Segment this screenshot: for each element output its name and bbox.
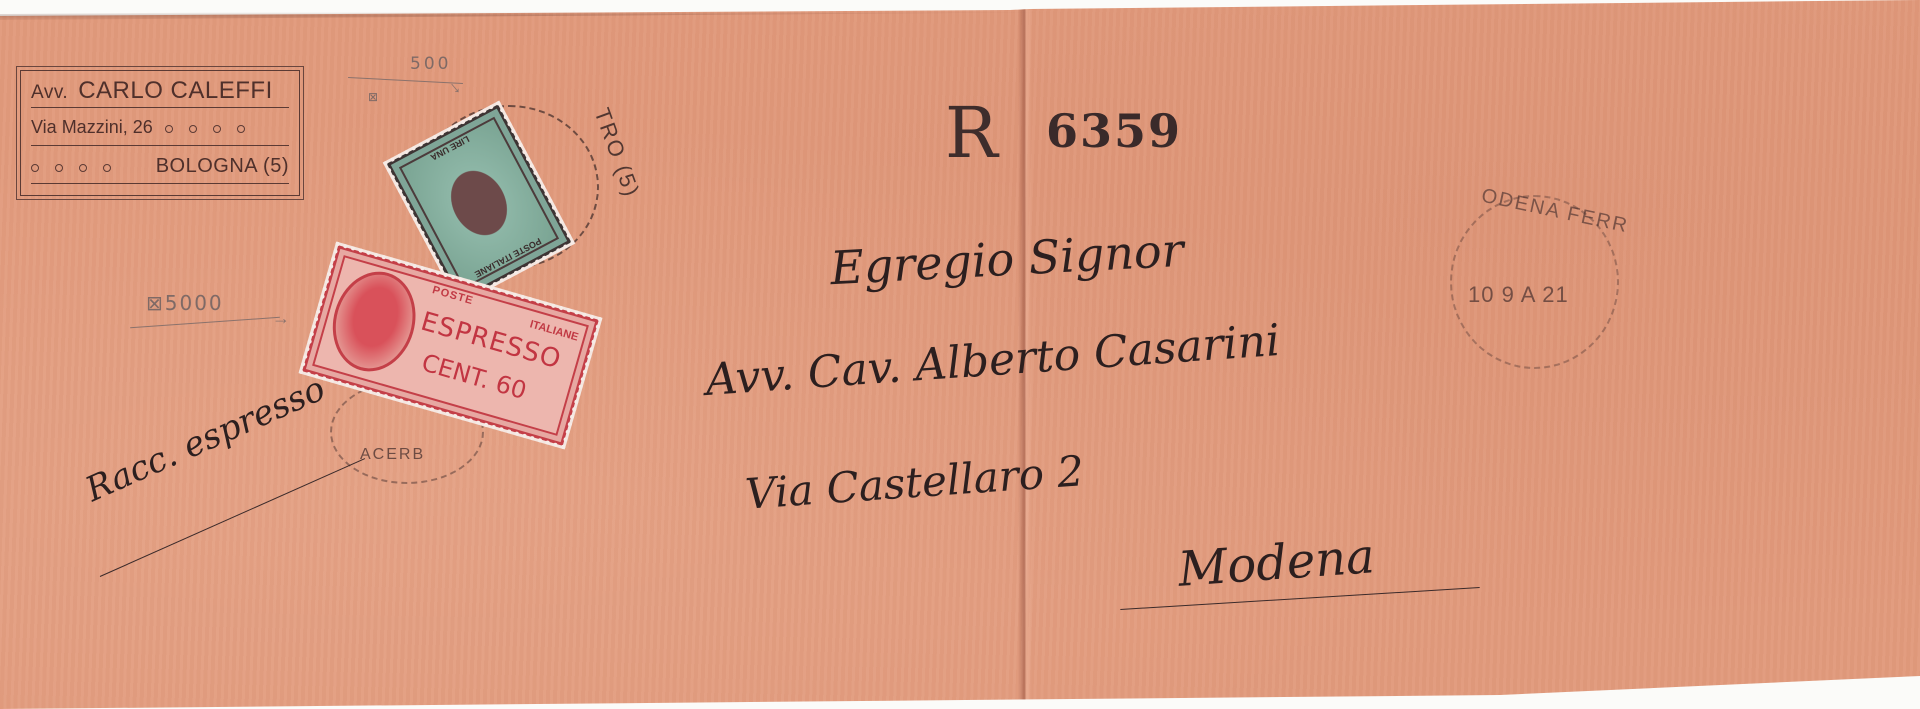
postmark-text: ACERB [360,446,425,464]
pencil-note-500: 500 [410,54,451,74]
registration-number: 6359 [1046,108,1182,154]
sender-city-row: BOLOGNA (5) [31,155,289,184]
decorative-dots-icon [165,125,245,133]
sender-name-row: Avv. CARLO CALEFFI [31,77,289,108]
sender-name: CARLO CALEFFI [78,77,273,105]
sender-street-row: Via Mazzini, 26 [31,117,289,146]
pencil-arrow-icon: → [272,308,290,329]
sender-city: BOLOGNA (5) [156,155,289,178]
pencil-note-5000: ⊠5000 [146,291,224,315]
pencil-mark-icon: ⊠ [368,90,378,104]
sender-address-box: Avv. CARLO CALEFFI Via Mazzini, 26 BOLOG… [20,70,300,196]
sender-street: Via Mazzini, 26 [31,117,153,138]
registration-letter: R [945,98,998,168]
postmark-date: 10 9 A 21 [1468,282,1569,308]
decorative-dots-icon [31,164,111,172]
sender-title: Avv. [31,82,68,104]
